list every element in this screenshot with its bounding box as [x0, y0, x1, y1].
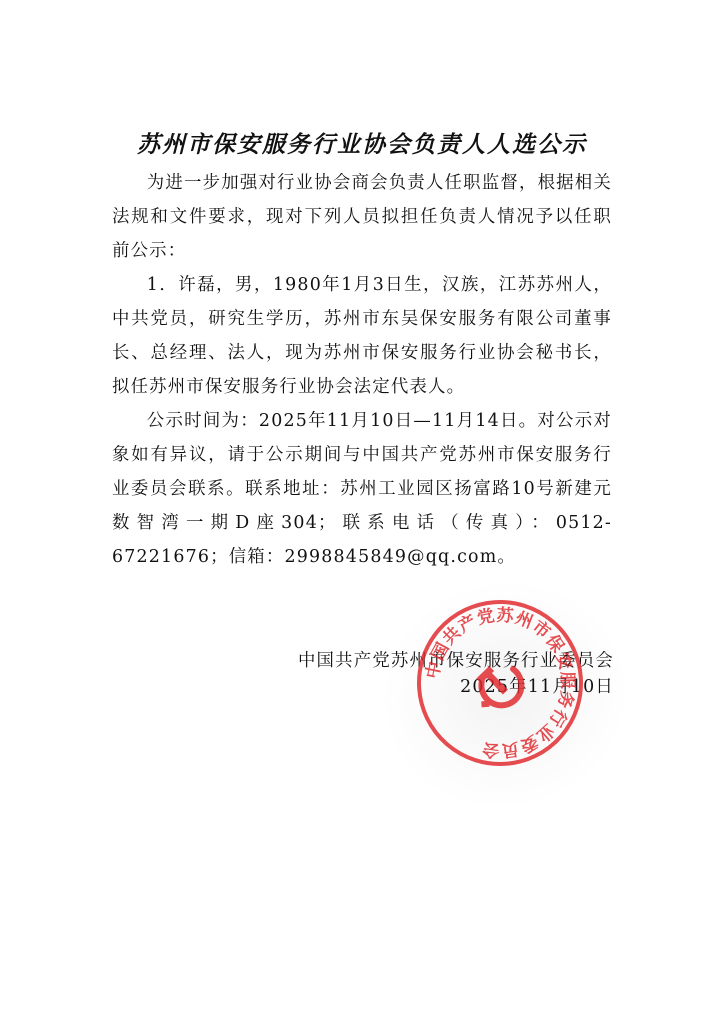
paragraph-candidate: 1．许磊，男，1980年1月3日生，汉族，江苏苏州人，中共党员，研究生学历，苏州…	[112, 268, 612, 404]
paragraph-intro: 为进一步加强对行业协会商会负责人任职监督，根据相关法规和文件要求，现对下列人员拟…	[112, 166, 612, 268]
paragraph-contact: 公示时间为：2025年11月10日—11月14日。对公示对象如有异议，请于公示期…	[112, 404, 612, 574]
official-seal-stamp: 中国共产党苏州市保安服务行业委员会	[409, 592, 590, 773]
document-body: 为进一步加强对行业协会商会负责人任职监督，根据相关法规和文件要求，现对下列人员拟…	[112, 166, 612, 574]
document-title: 苏州市保安服务行业协会负责人人选公示	[0, 126, 724, 159]
hammer-and-sickle-icon	[475, 664, 522, 708]
